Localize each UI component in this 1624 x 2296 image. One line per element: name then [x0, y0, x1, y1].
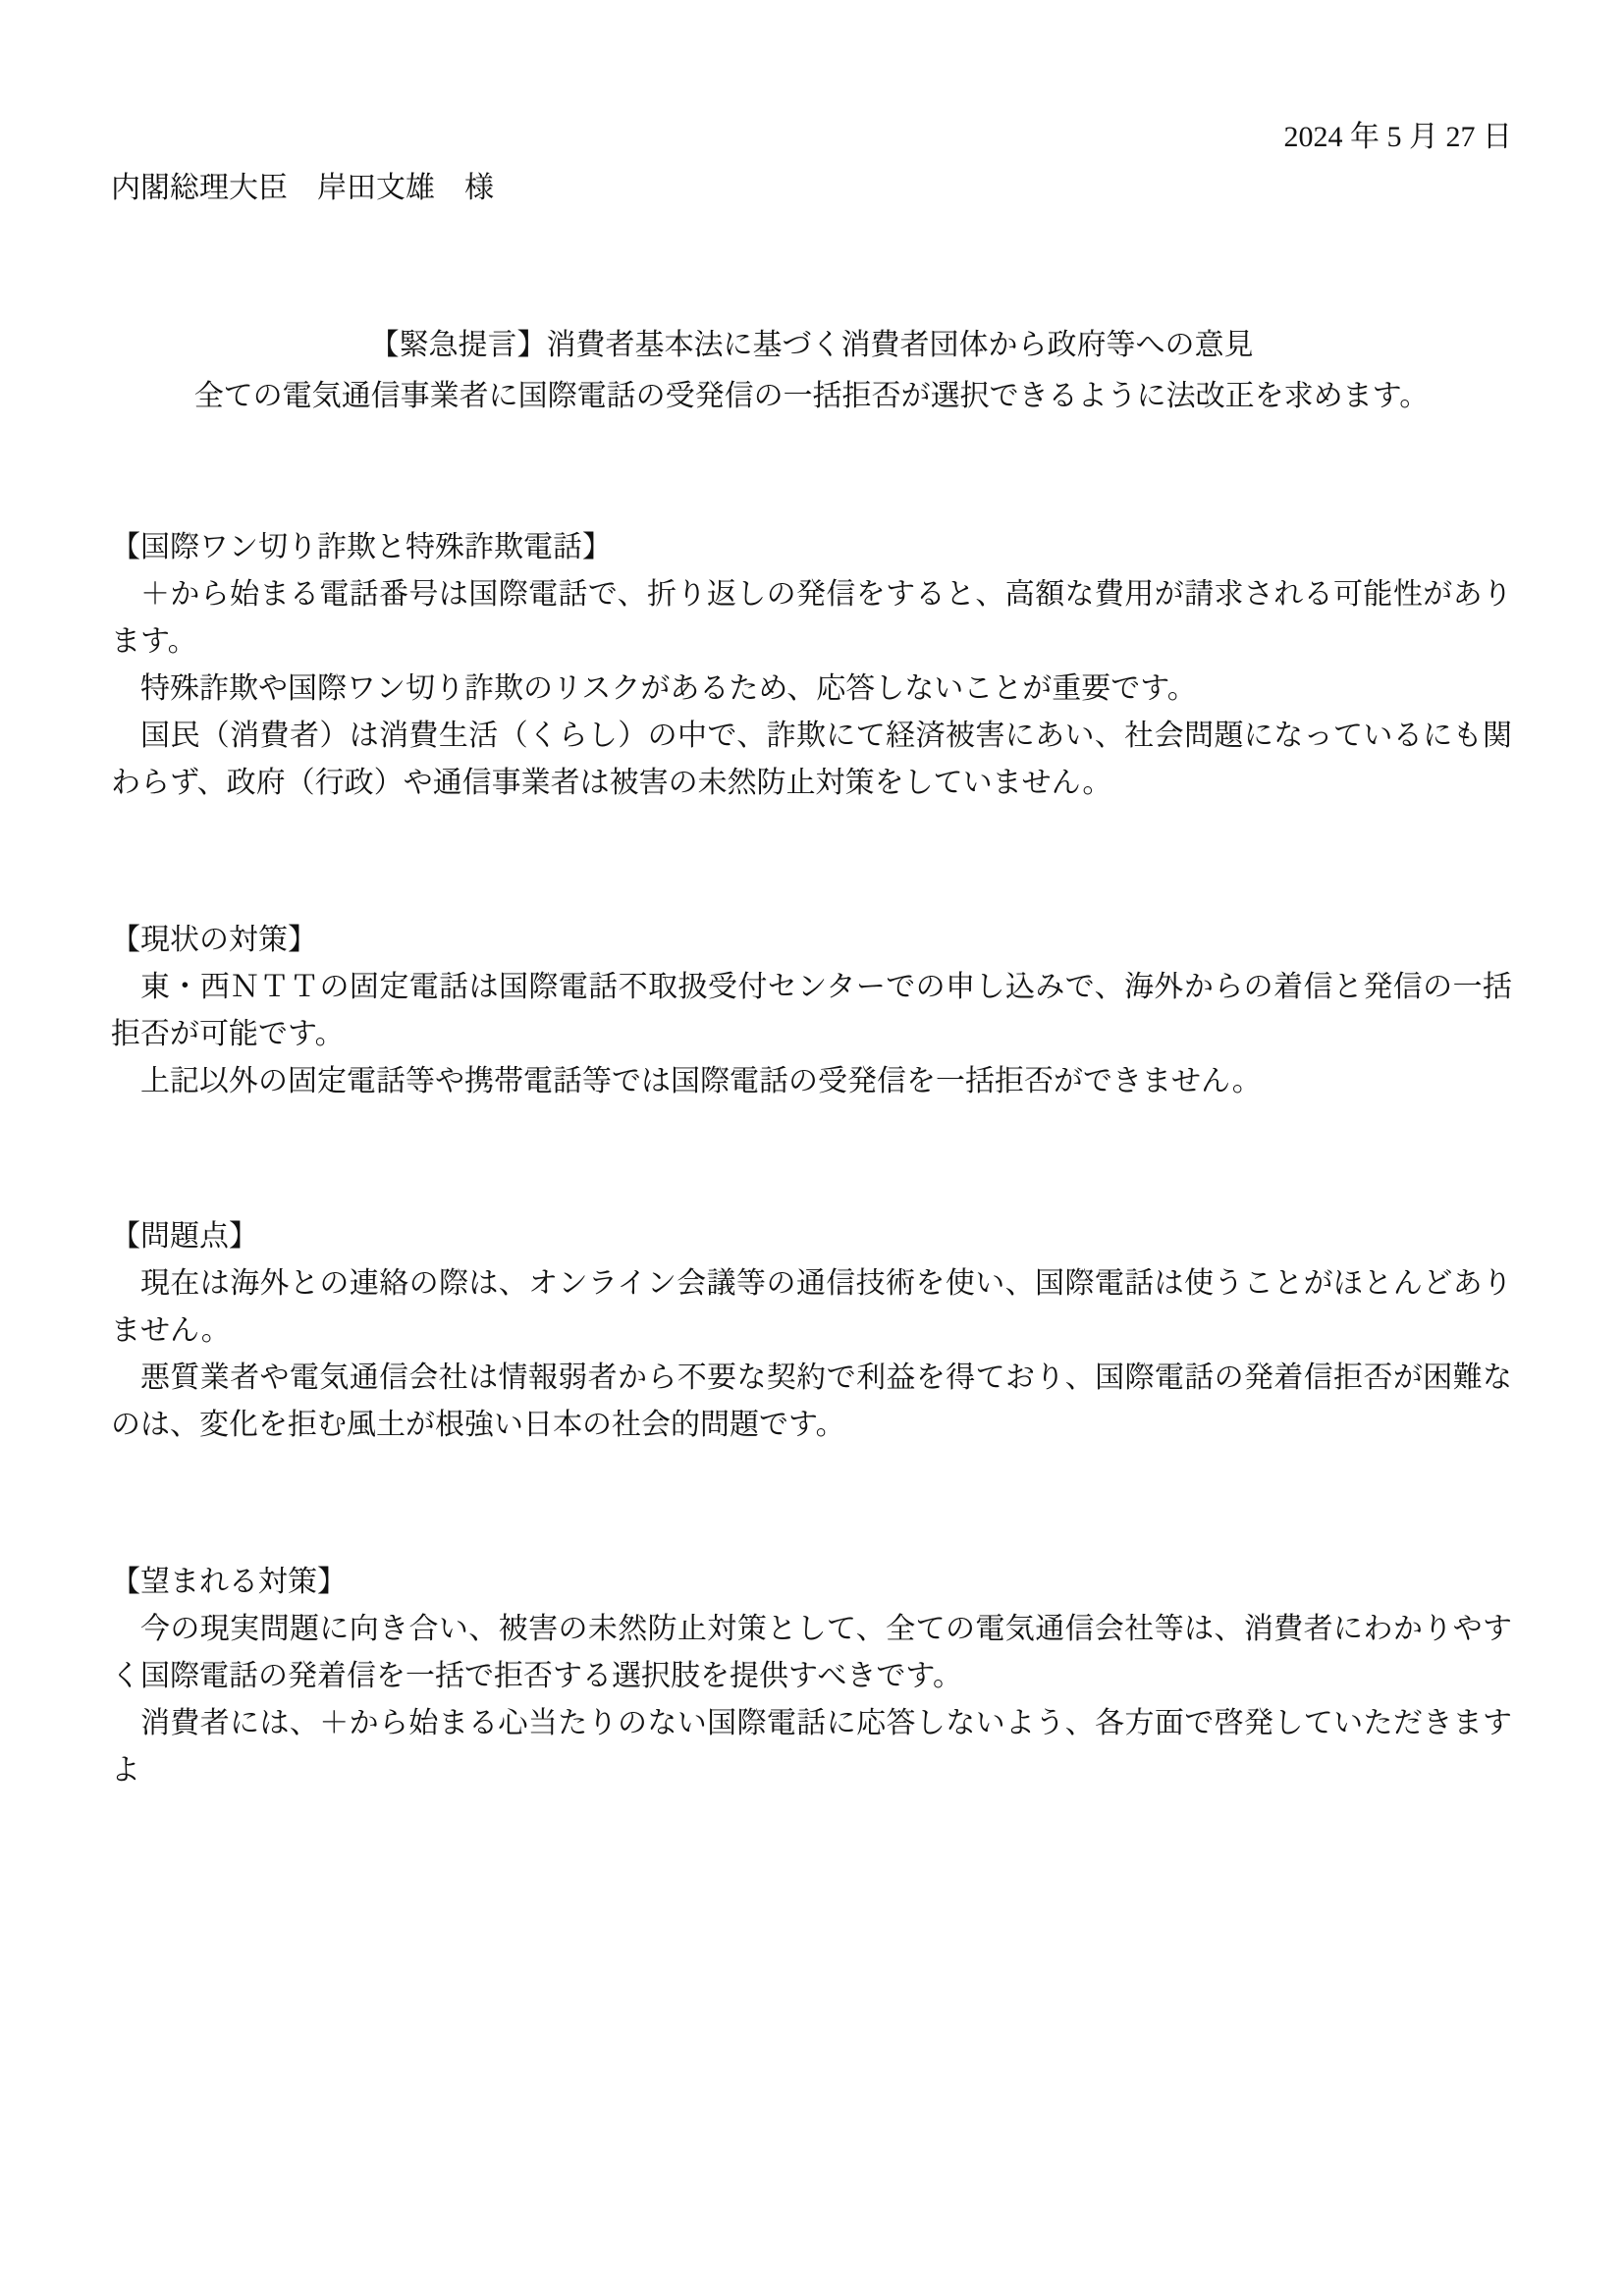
paragraph: 国民（消費者）は消費生活（くらし）の中で、詐欺にて経済被害にあい、社会問題になっ…: [111, 713, 1512, 807]
section-international-one-ring-scam: 【国際ワン切り詐欺と特殊詐欺電話】 ＋から始まる電話番号は国際電話で、折り返しの…: [111, 524, 1512, 807]
paragraph: 東・西ＮＴＴの固定電話は国際電話不取扱受付センターでの申し込みで、海外からの着信…: [111, 964, 1512, 1058]
document-title: 【緊急提言】消費者基本法に基づく消費者団体から政府等への意見 全ての電気通信事業…: [111, 320, 1512, 422]
paragraph: ＋から始まる電話番号は国際電話で、折り返しの発信をすると、高額な費用が請求される…: [111, 571, 1512, 666]
paragraph: 悪質業者や電気通信会社は情報弱者から不要な契約で利益を得ており、国際電話の発着信…: [111, 1355, 1512, 1449]
section-header: 【問題点】: [111, 1213, 1512, 1260]
paragraph: 上記以外の固定電話等や携帯電話等では国際電話の受発信を一括拒否ができません。: [111, 1058, 1512, 1105]
section-header: 【国際ワン切り詐欺と特殊詐欺電話】: [111, 524, 1512, 571]
addressee: 内閣総理大臣 岸田文雄 様: [111, 165, 1512, 212]
section-header: 【望まれる対策】: [111, 1559, 1512, 1606]
paragraph: 今の現実問題に向き合い、被害の未然防止対策として、全ての電気通信会社等は、消費者…: [111, 1606, 1512, 1700]
document-date: 2024 年 5 月 27 日: [111, 114, 1512, 161]
section-header: 【現状の対策】: [111, 917, 1512, 964]
section-current-measures: 【現状の対策】 東・西ＮＴＴの固定電話は国際電話不取扱受付センターでの申し込みで…: [111, 917, 1512, 1105]
document-page: 2024 年 5 月 27 日 内閣総理大臣 岸田文雄 様 【緊急提言】消費者基…: [0, 0, 1624, 2296]
section-desired-measures: 【望まれる対策】 今の現実問題に向き合い、被害の未然防止対策として、全ての電気通…: [111, 1559, 1512, 1794]
paragraph: 現在は海外との連絡の際は、オンライン会議等の通信技術を使い、国際電話は使うことが…: [111, 1260, 1512, 1355]
document-title-line-1: 【緊急提言】消費者基本法に基づく消費者団体から政府等への意見: [111, 320, 1512, 371]
document-title-line-2: 全ての電気通信事業者に国際電話の受発信の一括拒否が選択できるように法改正を求めま…: [111, 371, 1512, 422]
section-problems: 【問題点】 現在は海外との連絡の際は、オンライン会議等の通信技術を使い、国際電話…: [111, 1213, 1512, 1449]
paragraph: 消費者には、＋から始まる心当たりのない国際電話に応答しないよう、各方面で啓発して…: [111, 1700, 1512, 1794]
paragraph: 特殊詐欺や国際ワン切り詐欺のリスクがあるため、応答しないことが重要です。: [111, 666, 1512, 713]
